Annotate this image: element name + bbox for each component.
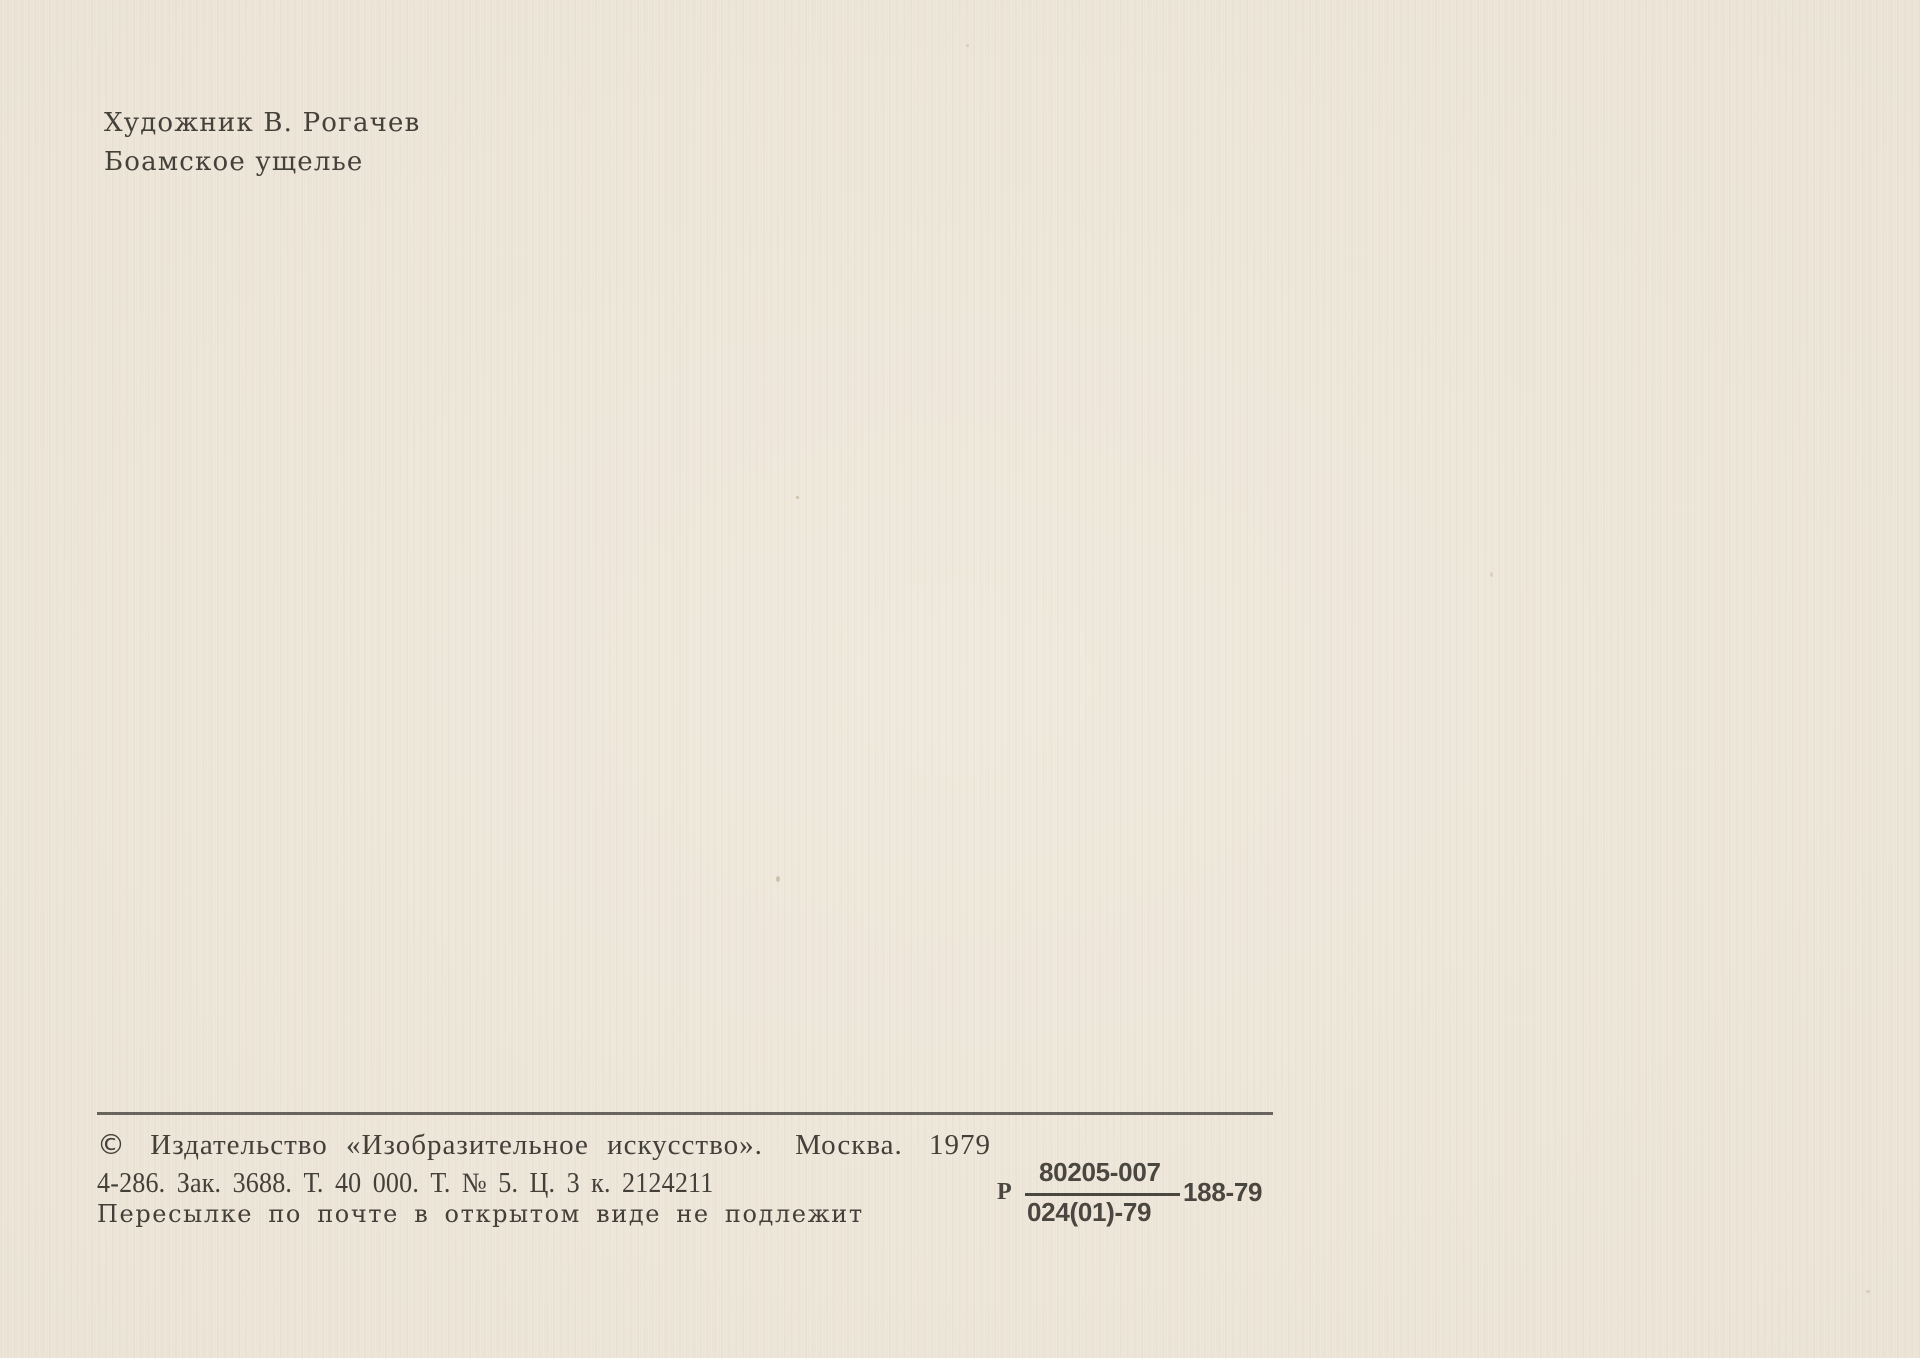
copyright-line: © Издательство «Изобразительное искусств… bbox=[97, 1128, 991, 1162]
paper-speck bbox=[1866, 1290, 1870, 1293]
artwork-title: Боамское ущелье bbox=[104, 143, 420, 182]
order-details: 4-286. Зак. 3688. Т. 40 000. Т. № 5. Ц. … bbox=[97, 1168, 713, 1200]
artwork-caption: Художник В. Рогачев Боамское ущелье bbox=[104, 104, 420, 182]
artist-name: Художник В. Рогачев bbox=[104, 104, 420, 143]
index-letter: Р bbox=[997, 1179, 1012, 1206]
publisher-name: Издательство «Изобразительное искусство»… bbox=[150, 1129, 763, 1161]
paper-speck bbox=[1490, 572, 1493, 577]
copyright-icon: © bbox=[97, 1128, 126, 1161]
postcard-back: Художник В. Рогачев Боамское ущелье © Из… bbox=[0, 0, 1920, 1358]
paper-speck bbox=[966, 44, 969, 47]
classification-index: Р 80205-007 024(01)-79 188-79 bbox=[997, 1157, 1277, 1237]
publication-year: 1979 bbox=[929, 1129, 991, 1161]
publisher-imprint: © Издательство «Изобразительное искусств… bbox=[97, 1112, 1273, 1115]
fraction-bar bbox=[1025, 1193, 1180, 1196]
index-denominator: 024(01)-79 bbox=[1027, 1197, 1151, 1228]
paper-speck bbox=[776, 876, 780, 882]
index-suffix: 188-79 bbox=[1183, 1177, 1262, 1208]
index-numerator: 80205-007 bbox=[1039, 1157, 1161, 1188]
mail-notice: Пересылке по почте в открытом виде не по… bbox=[97, 1200, 864, 1228]
divider-line bbox=[97, 1112, 1273, 1115]
publisher-city: Москва. bbox=[795, 1129, 903, 1161]
paper-speck bbox=[796, 496, 799, 499]
